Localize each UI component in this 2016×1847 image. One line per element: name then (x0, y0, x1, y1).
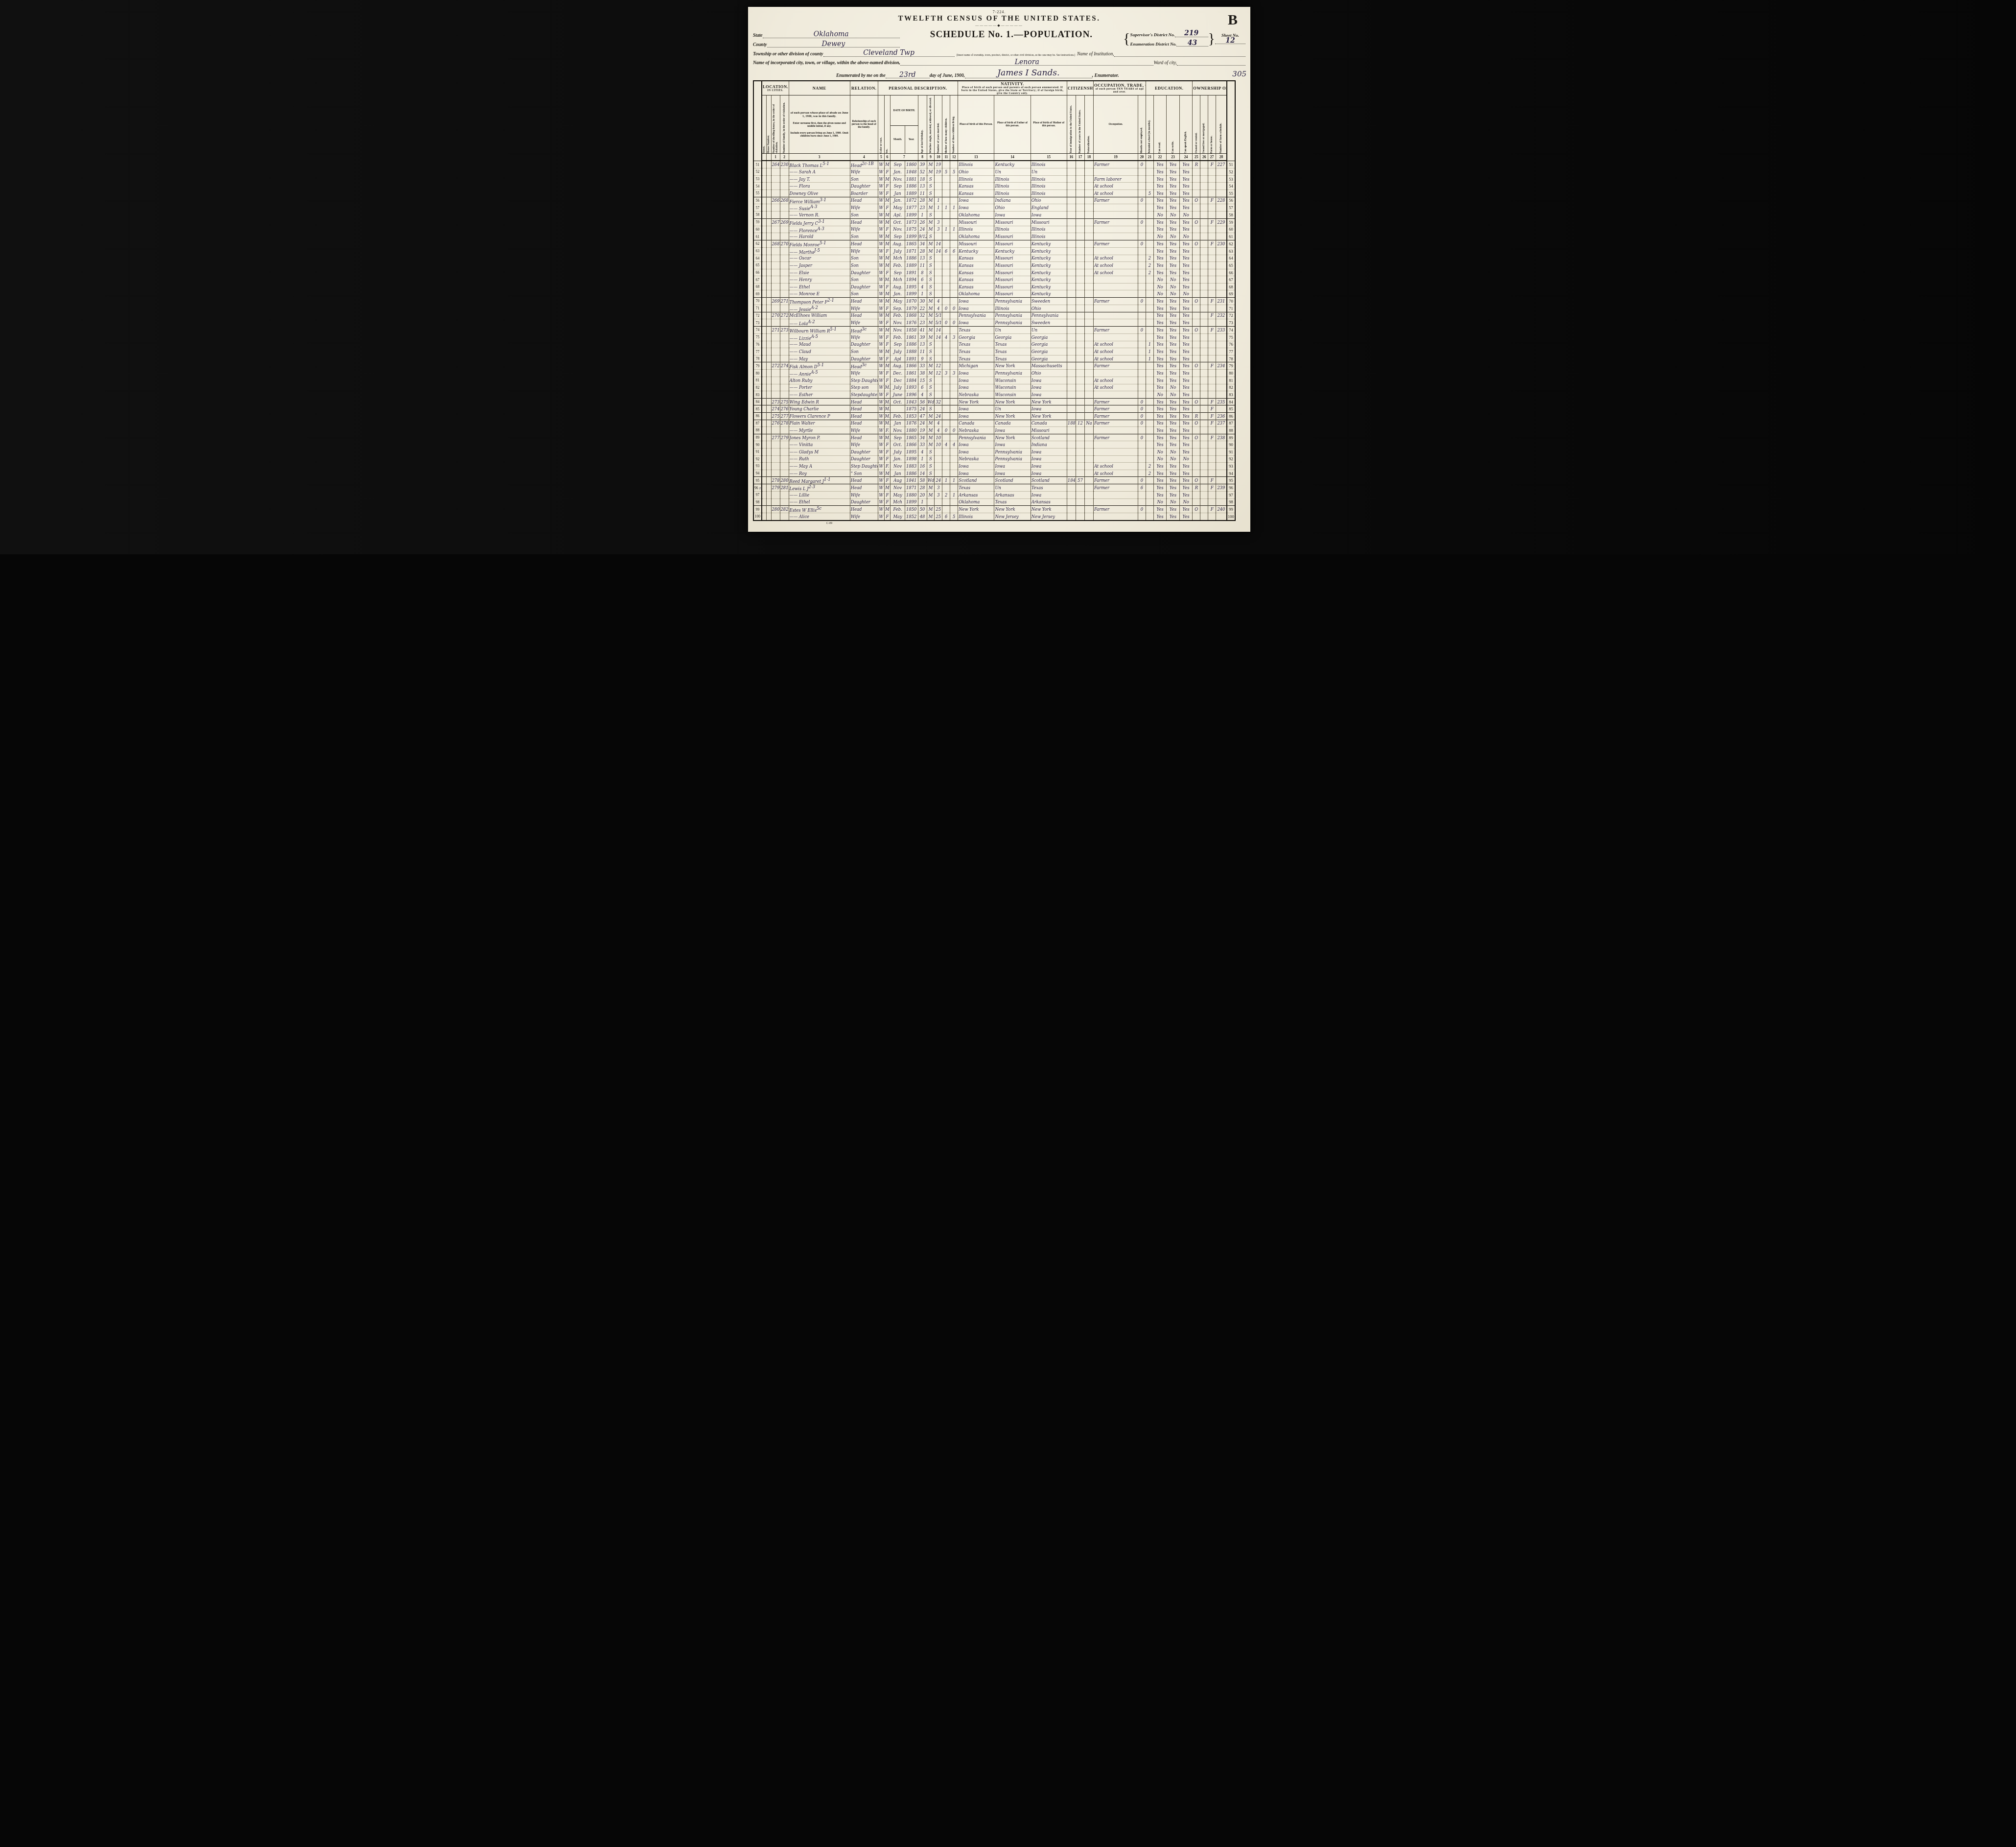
cell-birth-month: Jan. (891, 455, 905, 463)
cell-immigration-year (1067, 362, 1076, 370)
cell-farm-schedule (1216, 276, 1227, 284)
cell-marital-status: M (927, 327, 935, 334)
cell-family-number (780, 370, 789, 377)
cell-place-of-birth: Kansas (958, 283, 994, 290)
cell-years-married: 10 (935, 441, 942, 449)
cell-family-number (780, 470, 789, 477)
cell-age: 33 (918, 362, 927, 370)
cell-relation: Son (850, 255, 878, 262)
cell-farm-schedule: 239 (1216, 484, 1227, 492)
cell-street (762, 434, 767, 441)
cell-mother-of-children (942, 398, 950, 405)
cell-can-speak-english: Yes (1179, 183, 1193, 190)
group-header-row: LOCATION. IN CITIES. NAME RELATION. PERS… (753, 81, 1235, 95)
cell-can-read: Yes (1153, 441, 1167, 449)
cell-name: Wing Edwin R (789, 398, 850, 405)
cell-dwelling-number (771, 491, 780, 498)
cell-farm-or-house (1208, 441, 1216, 449)
cell-farm-schedule (1216, 226, 1227, 233)
cell-months-not-employed (1138, 290, 1146, 298)
line-number-left: 69 (753, 290, 762, 298)
cell-free-or-mortgaged (1200, 427, 1208, 434)
cell-dwelling-number: 271 (771, 327, 780, 334)
cell-street (762, 405, 767, 413)
cell-can-write: Yes (1167, 513, 1180, 520)
years-us-header: Number of years in the United States. (1076, 95, 1084, 154)
cell-farm-schedule: 236 (1216, 413, 1227, 420)
cell-house-number (766, 226, 771, 233)
cell-months-not-employed (1138, 312, 1146, 319)
cell-naturalization (1084, 513, 1093, 520)
cell-farm-schedule (1216, 391, 1227, 399)
cell-color-race: W (878, 312, 884, 319)
cell-relation: Wife (850, 370, 878, 377)
cell-age: 23 (918, 319, 927, 327)
cell-immigration-year (1067, 427, 1076, 434)
county-value: Dewey (767, 41, 900, 48)
cell-father-birthplace: Pennsylvania (994, 370, 1031, 377)
census-row: 73—— LolaA-2WifeWFNov.187623M5/1200IowaP… (753, 319, 1235, 327)
cell-owned-or-rented (1193, 189, 1200, 197)
sd-value: 219 (1175, 30, 1208, 37)
cell-color-race: W (878, 498, 884, 506)
cell-months-not-employed: 0 (1138, 197, 1146, 204)
cell-years-in-us (1076, 319, 1084, 327)
cell-owned-or-rented (1193, 441, 1200, 449)
cell-owned-or-rented: O (1193, 362, 1200, 370)
cell-name: —— Vernon R. (789, 212, 850, 219)
cell-family-number (780, 276, 789, 284)
cell-mother-birthplace: Illinois (1031, 175, 1067, 183)
cell-mother-birthplace: Kentucky (1031, 247, 1067, 255)
cell-color-race: W (878, 506, 884, 513)
cell-age: 9 (918, 355, 927, 362)
cell-marital-status: S (927, 455, 935, 463)
cell-relation: Daughter (850, 341, 878, 348)
cell-house-number (766, 470, 771, 477)
cell-owned-or-rented (1193, 290, 1200, 298)
cell-farm-or-house (1208, 290, 1216, 298)
cell-dwelling-number (771, 283, 780, 290)
cell-father-birthplace: Iowa (994, 463, 1031, 470)
cell-birth-month: Aug. (891, 362, 905, 370)
cell-months-not-employed (1138, 168, 1146, 176)
col-number: 8 (918, 154, 927, 161)
cell-farm-or-house (1208, 498, 1216, 506)
can-write-header: Can write. (1167, 95, 1180, 154)
cell-relation: Wife (850, 305, 878, 312)
cell-sex: M. (884, 384, 891, 391)
cell-birth-year: 1899 (905, 290, 918, 298)
enumerated-day: 23rd (886, 72, 930, 79)
cell-birth-year: 1895 (905, 448, 918, 455)
cell-mother-of-children (942, 484, 950, 492)
cell-house-number (766, 283, 771, 290)
cell-can-speak-english: Yes (1179, 283, 1193, 290)
cell-years-in-us (1076, 312, 1084, 319)
cell-naturalization (1084, 470, 1093, 477)
cell-immigration-year (1067, 348, 1076, 355)
cell-house-number (766, 405, 771, 413)
cell-years-in-us (1076, 255, 1084, 262)
cell-age: 1 (918, 290, 927, 298)
cell-street (762, 305, 767, 312)
cell-family-number: 272 (780, 312, 789, 319)
line-number-right: 54 (1227, 183, 1235, 190)
cell-sex: M. (884, 276, 891, 284)
cell-months-not-employed (1138, 175, 1146, 183)
cell-age: 22 (918, 305, 927, 312)
cell-occupation: Farmer (1093, 434, 1138, 441)
census-rows: 51264230Black Thomas L5-1Head2c-1BWMSep1… (753, 161, 1235, 520)
cell-immigration-year (1067, 327, 1076, 334)
cell-farm-or-house (1208, 226, 1216, 233)
cell-place-of-birth: Missouri (958, 218, 994, 226)
cell-owned-or-rented (1193, 168, 1200, 176)
ownership-group-header: OWNERSHIP OF HOME. (1193, 81, 1227, 95)
cell-place-of-birth: Oklahoma (958, 212, 994, 219)
cell-occupation: Farmer (1093, 240, 1138, 247)
cell-street (762, 341, 767, 348)
cell-family-number: 270 (780, 240, 789, 247)
cell-age: 34 (918, 434, 927, 441)
cell-years-married (935, 355, 942, 362)
cell-naturalization (1084, 218, 1093, 226)
cell-age: 34 (918, 240, 927, 247)
cell-age: 11 (918, 348, 927, 355)
sd-label: Supervisor's District No. (1130, 32, 1174, 37)
cell-free-or-mortgaged (1200, 434, 1208, 441)
cell-can-read: Yes (1153, 341, 1167, 348)
cell-sex: M (884, 233, 891, 240)
cell-farm-or-house: F (1208, 477, 1216, 484)
cell-relation: Head (850, 218, 878, 226)
cell-dwelling-number (771, 391, 780, 399)
cell-mother-of-children (942, 298, 950, 305)
cell-can-read: Yes (1153, 247, 1167, 255)
cell-dwelling-number: 279 (771, 484, 780, 492)
left-brace: { (1123, 31, 1130, 46)
cell-can-read: Yes (1153, 484, 1167, 492)
cell-years-in-us (1076, 175, 1084, 183)
cell-children-living (950, 355, 958, 362)
cell-free-or-mortgaged (1200, 506, 1208, 513)
cell-dwelling-number (771, 333, 780, 341)
cell-birth-year: 1875 (905, 405, 918, 413)
cell-name: Estes W Ellis5c (789, 506, 850, 513)
cell-name: Wilbourn William R5-1 (789, 327, 850, 334)
cell-mother-of-children: 0 (942, 427, 950, 434)
cell-mother-birthplace: Iowa (1031, 470, 1067, 477)
cell-sex: M. (884, 420, 891, 427)
cell-farm-or-house: F (1208, 434, 1216, 441)
line-number-right: 63 (1227, 247, 1235, 255)
cell-marital-status: M (927, 312, 935, 319)
cell-place-of-birth: Texas (958, 348, 994, 355)
col-number: 1 (771, 154, 780, 161)
cell-years-in-us (1076, 269, 1084, 276)
cell-house-number (766, 168, 771, 176)
cell-can-write: Yes (1167, 312, 1180, 319)
cell-farm-or-house (1208, 377, 1216, 384)
cell-can-write: Yes (1167, 398, 1180, 405)
cell-can-write: Yes (1167, 441, 1180, 449)
cell-sex: M (884, 506, 891, 513)
cell-marital-status: M (927, 305, 935, 312)
cell-name: Downey Olive (789, 189, 850, 197)
line-number-left: 79 (753, 362, 762, 370)
cell-birth-month: Sep (891, 434, 905, 441)
cell-family-number (780, 269, 789, 276)
cell-naturalization (1084, 463, 1093, 470)
cell-years-in-us: 57 (1076, 477, 1084, 484)
cell-can-write: Yes (1167, 319, 1180, 327)
cell-birth-month: Mch (891, 255, 905, 262)
cell-immigration-year (1067, 398, 1076, 405)
cell-can-read: No (1153, 391, 1167, 399)
cell-color-race: W (878, 327, 884, 334)
col-number: 19 (1093, 154, 1138, 161)
cell-free-or-mortgaged (1200, 262, 1208, 269)
cell-can-speak-english: Yes (1179, 204, 1193, 212)
cell-birth-year: 1841 (905, 477, 918, 484)
farm-house-header: Farm or house. (1208, 95, 1216, 154)
cell-name: —— Harold (789, 233, 850, 240)
cell-can-write: Yes (1167, 377, 1180, 384)
cell-can-speak-english: Yes (1179, 247, 1193, 255)
cell-father-birthplace: Missouri (994, 233, 1031, 240)
cell-place-of-birth: New York (958, 506, 994, 513)
cell-mother-birthplace: England (1031, 204, 1067, 212)
cell-owned-or-rented: O (1193, 298, 1200, 305)
cell-can-write: Yes (1167, 175, 1180, 183)
col-number: 26 (1200, 154, 1208, 161)
cell-birth-year: 1873 (905, 218, 918, 226)
cell-farm-or-house (1208, 319, 1216, 327)
cell-house-number (766, 370, 771, 377)
cell-can-read: Yes (1153, 161, 1167, 168)
cell-farm-schedule: 232 (1216, 312, 1227, 319)
cell-months-not-employed (1138, 370, 1146, 377)
line-number-left: 99 (753, 506, 762, 513)
cell-place-of-birth: Nebraska (958, 427, 994, 434)
cell-naturalization (1084, 413, 1093, 420)
cell-family-number (780, 341, 789, 348)
cell-immigration-year (1067, 269, 1076, 276)
col-number: 5 (878, 154, 884, 161)
cell-children-living (950, 434, 958, 441)
cell-attended-school (1146, 370, 1153, 377)
cell-mother-of-children (942, 212, 950, 219)
cell-owned-or-rented: R (1193, 161, 1200, 168)
cell-street (762, 262, 767, 269)
line-number-left: 82 (753, 384, 762, 391)
line-number-right: 69 (1227, 290, 1235, 298)
cell-can-write: Yes (1167, 218, 1180, 226)
cell-place-of-birth: Kansas (958, 262, 994, 269)
cell-years-married: 32 (935, 398, 942, 405)
cell-place-of-birth: Oklahoma (958, 290, 994, 298)
cell-marital-status: M (927, 434, 935, 441)
cell-can-read: Yes (1153, 204, 1167, 212)
cell-relation: Head3c (850, 362, 878, 370)
cell-can-read: Yes (1153, 226, 1167, 233)
line-number-right: 56 (1227, 197, 1235, 204)
cell-sex: M (884, 255, 891, 262)
cell-color-race: W (878, 484, 884, 492)
district-block: { Supervisor's District No. 219 Enumerat… (1123, 30, 1245, 47)
cell-house-number (766, 455, 771, 463)
cell-children-living (950, 377, 958, 384)
sex-header: Sex. (884, 95, 891, 154)
cell-farm-or-house (1208, 168, 1216, 176)
cell-birth-year: 1886 (905, 255, 918, 262)
cell-free-or-mortgaged (1200, 384, 1208, 391)
cell-age: 24 (918, 405, 927, 413)
enumerated-prefix: Enumerated by me on the (836, 73, 886, 78)
cell-attended-school (1146, 427, 1153, 434)
cell-age: 14 (918, 470, 927, 477)
cell-street (762, 319, 767, 327)
cell-mother-birthplace: Georgia (1031, 341, 1067, 348)
cell-owned-or-rented (1193, 255, 1200, 262)
cell-immigration-year (1067, 262, 1076, 269)
cell-can-speak-english: Yes (1179, 398, 1193, 405)
cell-immigration-year (1067, 513, 1076, 520)
cell-can-read: Yes (1153, 413, 1167, 420)
cell-color-race: W (878, 470, 884, 477)
cell-sex: M (884, 327, 891, 334)
cell-family-number: 230 (780, 161, 789, 168)
cell-house-number (766, 398, 771, 405)
cell-attended-school (1146, 233, 1153, 240)
line-number-right: 51 (1227, 161, 1235, 168)
cell-birth-month: Mch (891, 276, 905, 284)
cell-street (762, 298, 767, 305)
cell-can-read: No (1153, 276, 1167, 284)
cell-can-read: No (1153, 233, 1167, 240)
cell-can-write: Yes (1167, 298, 1180, 305)
cell-can-read: No (1153, 290, 1167, 298)
cell-place-of-birth: Arkansas (958, 491, 994, 498)
cell-family-number (780, 212, 789, 219)
cell-place-of-birth: Ohio (958, 168, 994, 176)
cell-years-married: 1 (935, 204, 942, 212)
cell-owned-or-rented (1193, 355, 1200, 362)
cell-marital-status: M (927, 319, 935, 327)
cell-father-birthplace: Iowa (994, 212, 1031, 219)
cell-father-birthplace: Missouri (994, 276, 1031, 284)
cell-can-write: No (1167, 212, 1180, 219)
cell-years-in-us (1076, 333, 1084, 341)
cell-family-number (780, 377, 789, 384)
cell-can-speak-english: Yes (1179, 276, 1193, 284)
cell-months-not-employed: 0 (1138, 240, 1146, 247)
census-row: 77—— ClaudSonWMJuly188811STexasTexasGeor… (753, 348, 1235, 355)
cell-years-married: 19 (935, 161, 942, 168)
cell-birth-month: Nov (891, 463, 905, 470)
cell-name: Black Thomas L5-1 (789, 161, 850, 168)
cell-can-speak-english: Yes (1179, 298, 1193, 305)
cell-birth-year: 1877 (905, 204, 918, 212)
cell-children-living: 6 (950, 247, 958, 255)
cell-street (762, 362, 767, 370)
months-not-employed-header: Months not employed. (1138, 95, 1146, 154)
cell-occupation: Farmer (1093, 398, 1138, 405)
cell-farm-or-house (1208, 255, 1216, 262)
cell-marital-status: M (927, 218, 935, 226)
cell-farm-or-house (1208, 370, 1216, 377)
cell-place-of-birth: Illinois (958, 161, 994, 168)
cell-years-in-us (1076, 484, 1084, 492)
census-row: 61—— HaroldSonWMSep18999/12SOklahomaMiss… (753, 233, 1235, 240)
cell-birth-year: 1881 (905, 175, 918, 183)
cell-immigration-year (1067, 391, 1076, 399)
cell-months-not-employed (1138, 391, 1146, 399)
cell-can-read: Yes (1153, 319, 1167, 327)
cell-occupation: Farmer (1093, 218, 1138, 226)
cell-name: —— Porter (789, 384, 850, 391)
cell-relation: Head3c (850, 327, 878, 334)
cell-children-living (950, 484, 958, 492)
cell-months-not-employed (1138, 189, 1146, 197)
cell-occupation (1093, 233, 1138, 240)
cell-attended-school: 1 (1146, 355, 1153, 362)
line-number-left: 57 (753, 204, 762, 212)
cell-house-number (766, 441, 771, 449)
cell-immigration-year (1067, 161, 1076, 168)
line-number-left: 87 (753, 420, 762, 427)
cell-house-number (766, 233, 771, 240)
cell-can-write: No (1167, 391, 1180, 399)
cell-years-married: 3 (935, 226, 942, 233)
cell-mother-of-children: 0 (942, 305, 950, 312)
cell-years-in-us (1076, 463, 1084, 470)
age-header: Age at last birthday. (918, 95, 927, 154)
cell-marital-status: M (927, 247, 935, 255)
line-number-left: 71 (753, 305, 762, 312)
cell-can-speak-english: No (1179, 290, 1193, 298)
cell-months-not-employed (1138, 470, 1146, 477)
cell-years-in-us (1076, 218, 1084, 226)
cell-mother-birthplace: Iowa (1031, 455, 1067, 463)
line-number-right: 78 (1227, 355, 1235, 362)
cell-birth-year: 1893 (905, 384, 918, 391)
cell-sex: M (884, 470, 891, 477)
ward-label: Ward of city, (1153, 61, 1177, 66)
cell-children-living (950, 276, 958, 284)
col-number: 6 (884, 154, 891, 161)
cell-family-number: 273 (780, 327, 789, 334)
cell-owned-or-rented (1193, 491, 1200, 498)
cell-father-birthplace: Texas (994, 355, 1031, 362)
cell-mother-of-children: 5 (942, 168, 950, 176)
cell-years-in-us (1076, 168, 1084, 176)
cell-free-or-mortgaged (1200, 441, 1208, 449)
cell-sex: M (884, 348, 891, 355)
cell-attended-school: 2 (1146, 262, 1153, 269)
cell-street (762, 283, 767, 290)
cell-color-race: W (878, 290, 884, 298)
cell-can-speak-english: Yes (1179, 161, 1193, 168)
cell-birth-year: 1848 (905, 168, 918, 176)
cell-years-in-us (1076, 247, 1084, 255)
cell-free-or-mortgaged (1200, 319, 1208, 327)
cell-attended-school (1146, 327, 1153, 334)
cell-color-race: W (878, 441, 884, 449)
cell-birth-year: 1886 (905, 470, 918, 477)
cell-free-or-mortgaged (1200, 226, 1208, 233)
